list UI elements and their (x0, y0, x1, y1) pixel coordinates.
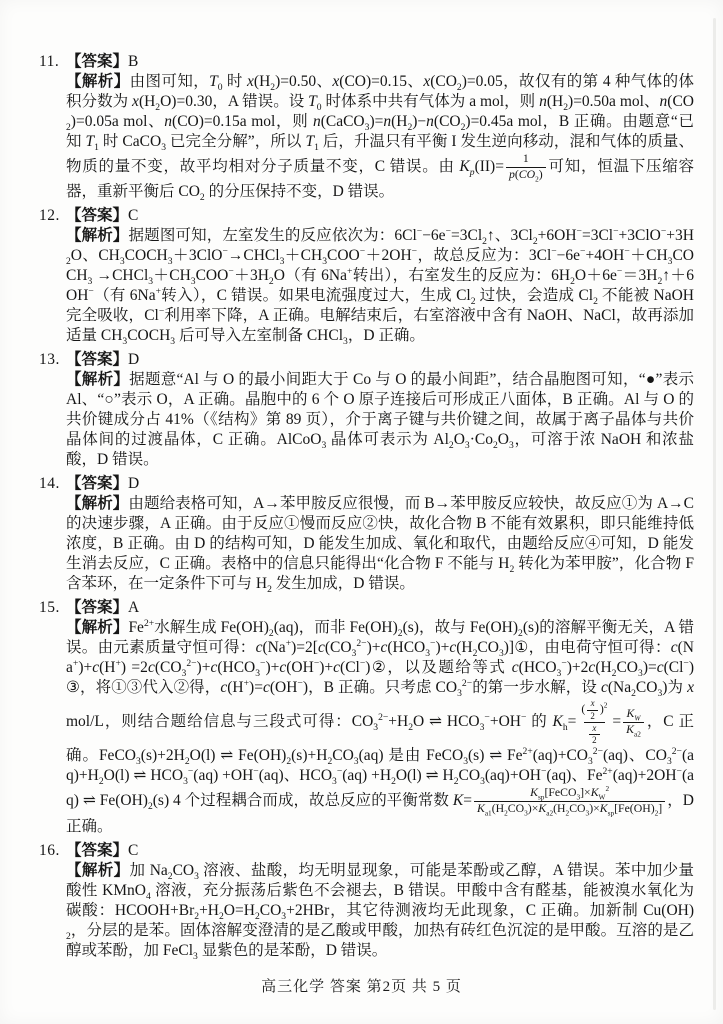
question-number: 13. (39, 350, 60, 370)
answer-item-11: 11. 【答案】B 【解析】由图可知，T0 时 x(H2)=0.50、x(CO)… (66, 52, 694, 202)
analysis-text: 据题图可知，左室发生的反应依次为：6Cl−−6e−=3Cl2↑、3Cl2+6OH… (66, 227, 694, 344)
question-number: 12. (39, 206, 60, 226)
analysis-label: 【解析】 (66, 371, 129, 388)
analysis-paragraph: 【解析】由图可知，T0 时 x(H2)=0.50、x(CO)=0.15、x(CO… (66, 72, 694, 202)
analysis-paragraph: 【解析】加 Na2CO3 溶液、盐酸，均无明显现象，可能是苯酚或乙醇，A 错误。… (66, 861, 694, 961)
answer-item-16: 16. 【答案】C 【解析】加 Na2CO3 溶液、盐酸，均无明显现象，可能是苯… (66, 841, 694, 961)
scanned-answer-page: 11. 【答案】B 【解析】由图可知，T0 时 x(H2)=0.50、x(CO)… (0, 0, 723, 1024)
answer-label: 【答案】 (66, 53, 128, 70)
analysis-paragraph: 【解析】Fe2+水解生成 Fe(OH)2(aq)，而非 Fe(OH)2(s)，故… (66, 618, 694, 836)
question-number: 14. (39, 474, 60, 494)
answer-line: 【答案】C (66, 841, 694, 861)
answer-item-14: 14. 【答案】D 【解析】由题给表格可知，A→苯甲胺反应很慢，而 B→苯甲胺反… (66, 474, 694, 594)
analysis-text: 由题给表格可知，A→苯甲胺反应很慢，而 B→苯甲胺反应较快，故反应①为 A→C … (66, 495, 694, 592)
answer-list: 11. 【答案】B 【解析】由图可知，T0 时 x(H2)=0.50、x(CO)… (66, 52, 694, 965)
answer-line: 【答案】C (66, 206, 694, 226)
answer-label: 【答案】 (66, 599, 128, 616)
answer-line: 【答案】D (66, 474, 694, 494)
analysis-label: 【解析】 (66, 227, 129, 244)
answer-item-15: 15. 【答案】A 【解析】Fe2+水解生成 Fe(OH)2(aq)，而非 Fe… (66, 598, 694, 836)
question-number: 15. (39, 598, 60, 618)
analysis-paragraph: 【解析】由题给表格可知，A→苯甲胺反应很慢，而 B→苯甲胺反应较快，故反应①为 … (66, 494, 694, 594)
answer-label: 【答案】 (66, 842, 128, 859)
answer-line: 【答案】A (66, 598, 694, 618)
question-number: 11. (39, 52, 59, 72)
answer-letter: A (128, 599, 139, 616)
answer-line: 【答案】B (66, 52, 694, 72)
scan-artifact-edge (713, 18, 716, 1010)
answer-label: 【答案】 (66, 475, 128, 492)
answer-letter: B (128, 53, 138, 70)
analysis-text: 加 Na2CO3 溶液、盐酸，均无明显现象，可能是苯酚或乙醇，A 错误。苯中加少… (66, 862, 694, 959)
answer-line: 【答案】D (66, 350, 694, 370)
answer-letter: D (128, 351, 139, 368)
answer-item-12: 12. 【答案】C 【解析】据题图可知，左室发生的反应依次为：6Cl−−6e−=… (66, 206, 694, 346)
answer-label: 【答案】 (66, 207, 128, 224)
answer-letter: C (128, 842, 138, 859)
analysis-label: 【解析】 (66, 73, 130, 90)
analysis-label: 【解析】 (66, 495, 128, 512)
question-number: 16. (39, 841, 60, 861)
analysis-paragraph: 【解析】据题意“Al 与 O 的最小间距大于 Co 与 O 的最小间距”，结合晶… (66, 370, 694, 470)
page-footer: 高三化学 答案 第2页 共 5 页 (0, 975, 723, 996)
answer-item-13: 13. 【答案】D 【解析】据题意“Al 与 O 的最小间距大于 Co 与 O … (66, 350, 694, 470)
answer-label: 【答案】 (66, 351, 128, 368)
analysis-text: Fe2+水解生成 Fe(OH)2(aq)，而非 Fe(OH)2(s)，故与 Fe… (66, 619, 694, 834)
analysis-label: 【解析】 (66, 619, 128, 636)
analysis-paragraph: 【解析】据题图可知，左室发生的反应依次为：6Cl−−6e−=3Cl2↑、3Cl2… (66, 226, 694, 346)
answer-letter: D (128, 475, 139, 492)
answer-letter: C (128, 207, 138, 224)
analysis-text: 由图可知，T0 时 x(H2)=0.50、x(CO)=0.15、x(CO2)=0… (66, 73, 694, 200)
analysis-label: 【解析】 (66, 862, 130, 879)
analysis-text: 据题意“Al 与 O 的最小间距大于 Co 与 O 的最小间距”，结合晶胞图可知… (66, 371, 694, 468)
